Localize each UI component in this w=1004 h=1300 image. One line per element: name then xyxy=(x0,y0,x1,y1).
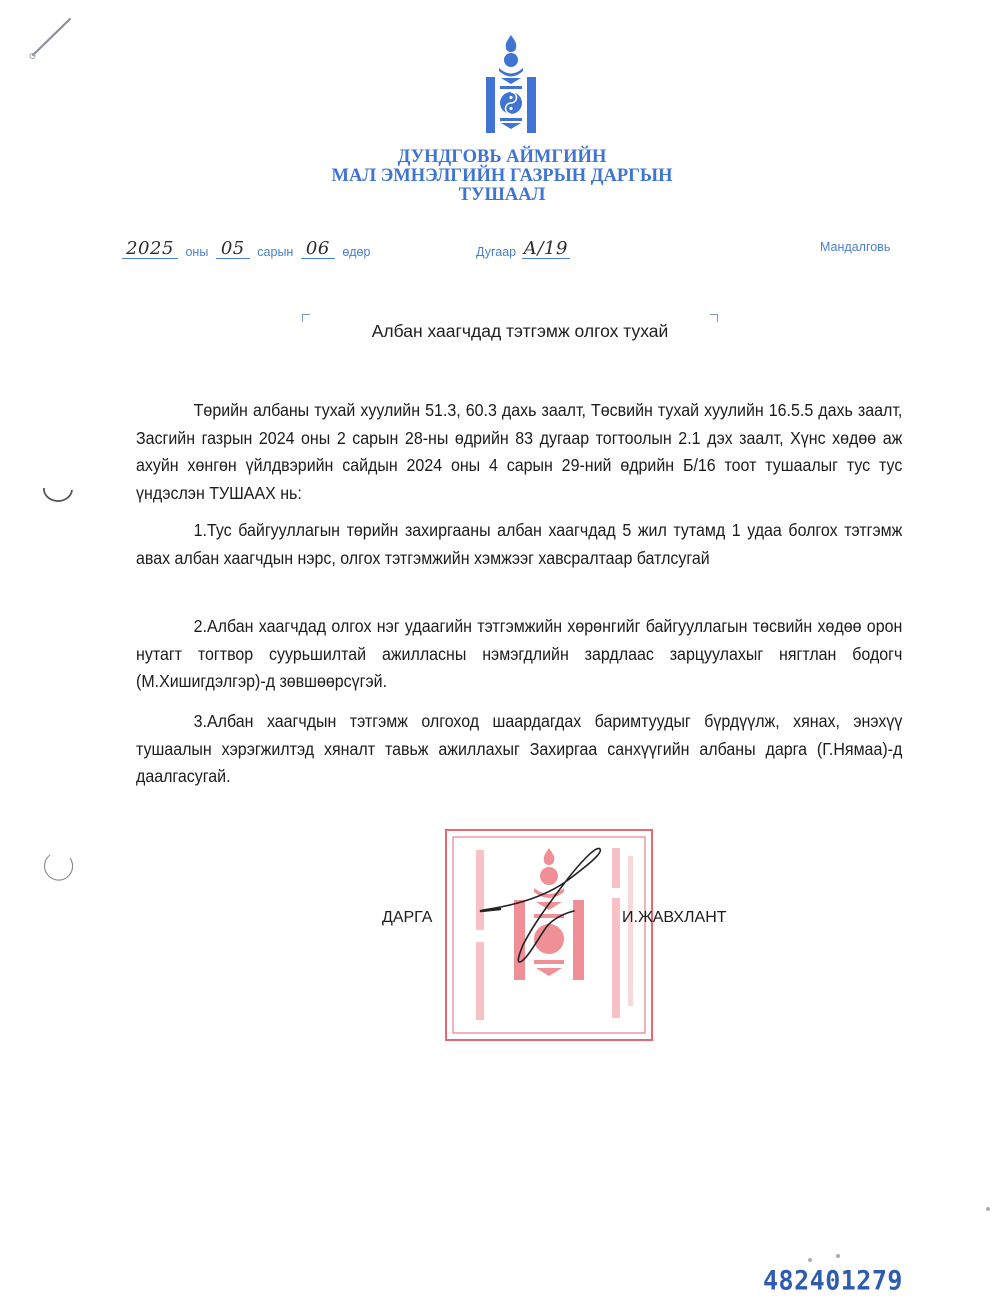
order-item-1: 1.Тус байгууллагын төрийн захиргааны алб… xyxy=(136,517,902,572)
signatory-name: И.ЖАВХЛАНТ xyxy=(622,909,727,927)
header-line-aimag: ДУНДГОВЬ АЙМГИЙН xyxy=(0,148,1004,167)
header-line-order: ТУШААЛ xyxy=(0,186,1004,205)
punch-hole-icon xyxy=(40,478,74,512)
document-subject: Албан хаагчдад тэтгэмж олгох тухай xyxy=(0,321,1004,342)
scan-dot xyxy=(808,1258,812,1262)
year-field: 2025 xyxy=(122,240,178,259)
month-field: 05 xyxy=(216,240,250,259)
date-line: 2025 оны 05 сарын 06 өдөр xyxy=(122,240,374,259)
month-label: сарын xyxy=(257,245,293,259)
soyombo-emblem-icon xyxy=(484,35,538,135)
order-number: Дугаар А/19 xyxy=(476,240,570,259)
body-intro-paragraph: Төрийн албаны тухай хуулийн 51.3, 60.3 д… xyxy=(136,397,902,507)
order-item-text: 1.Тус байгууллагын төрийн захиргааны алб… xyxy=(136,517,902,572)
scan-dot xyxy=(986,1207,990,1211)
punch-hole-icon xyxy=(40,852,74,886)
order-item-text: 2.Албан хаагчдад олгох нэг удаагийн тэтг… xyxy=(136,613,902,696)
staple-mark-icon xyxy=(28,15,88,75)
signatory-title: ДАРГА xyxy=(382,909,432,927)
document-header-title: ДУНДГОВЬ АЙМГИЙН МАЛ ЭМНЭЛГИЙН ГАЗРЫН ДА… xyxy=(0,148,1004,205)
year-label: оны xyxy=(185,245,208,259)
scan-dot xyxy=(836,1254,840,1258)
order-item-text: 3.Албан хаагчдын тэтгэмж олгоход шаардаг… xyxy=(136,708,902,791)
day-field: 06 xyxy=(301,240,335,259)
serial-number: 482401279 xyxy=(763,1265,903,1295)
place-label: Мандалговь xyxy=(820,240,890,254)
order-item-3: 3.Албан хаагчдын тэтгэмж олгоход шаардаг… xyxy=(136,708,902,791)
number-field: А/19 xyxy=(522,240,570,259)
number-label: Дугаар xyxy=(476,245,516,259)
intro-text: Төрийн албаны тухай хуулийн 51.3, 60.3 д… xyxy=(136,397,902,507)
header-line-department: МАЛ ЭМНЭЛГИЙН ГАЗРЫН ДАРГЫН xyxy=(0,167,1004,186)
day-label: өдөр xyxy=(342,245,370,259)
handwritten-signature-icon xyxy=(478,845,618,970)
order-item-2: 2.Албан хаагчдад олгох нэг удаагийн тэтг… xyxy=(136,613,902,696)
